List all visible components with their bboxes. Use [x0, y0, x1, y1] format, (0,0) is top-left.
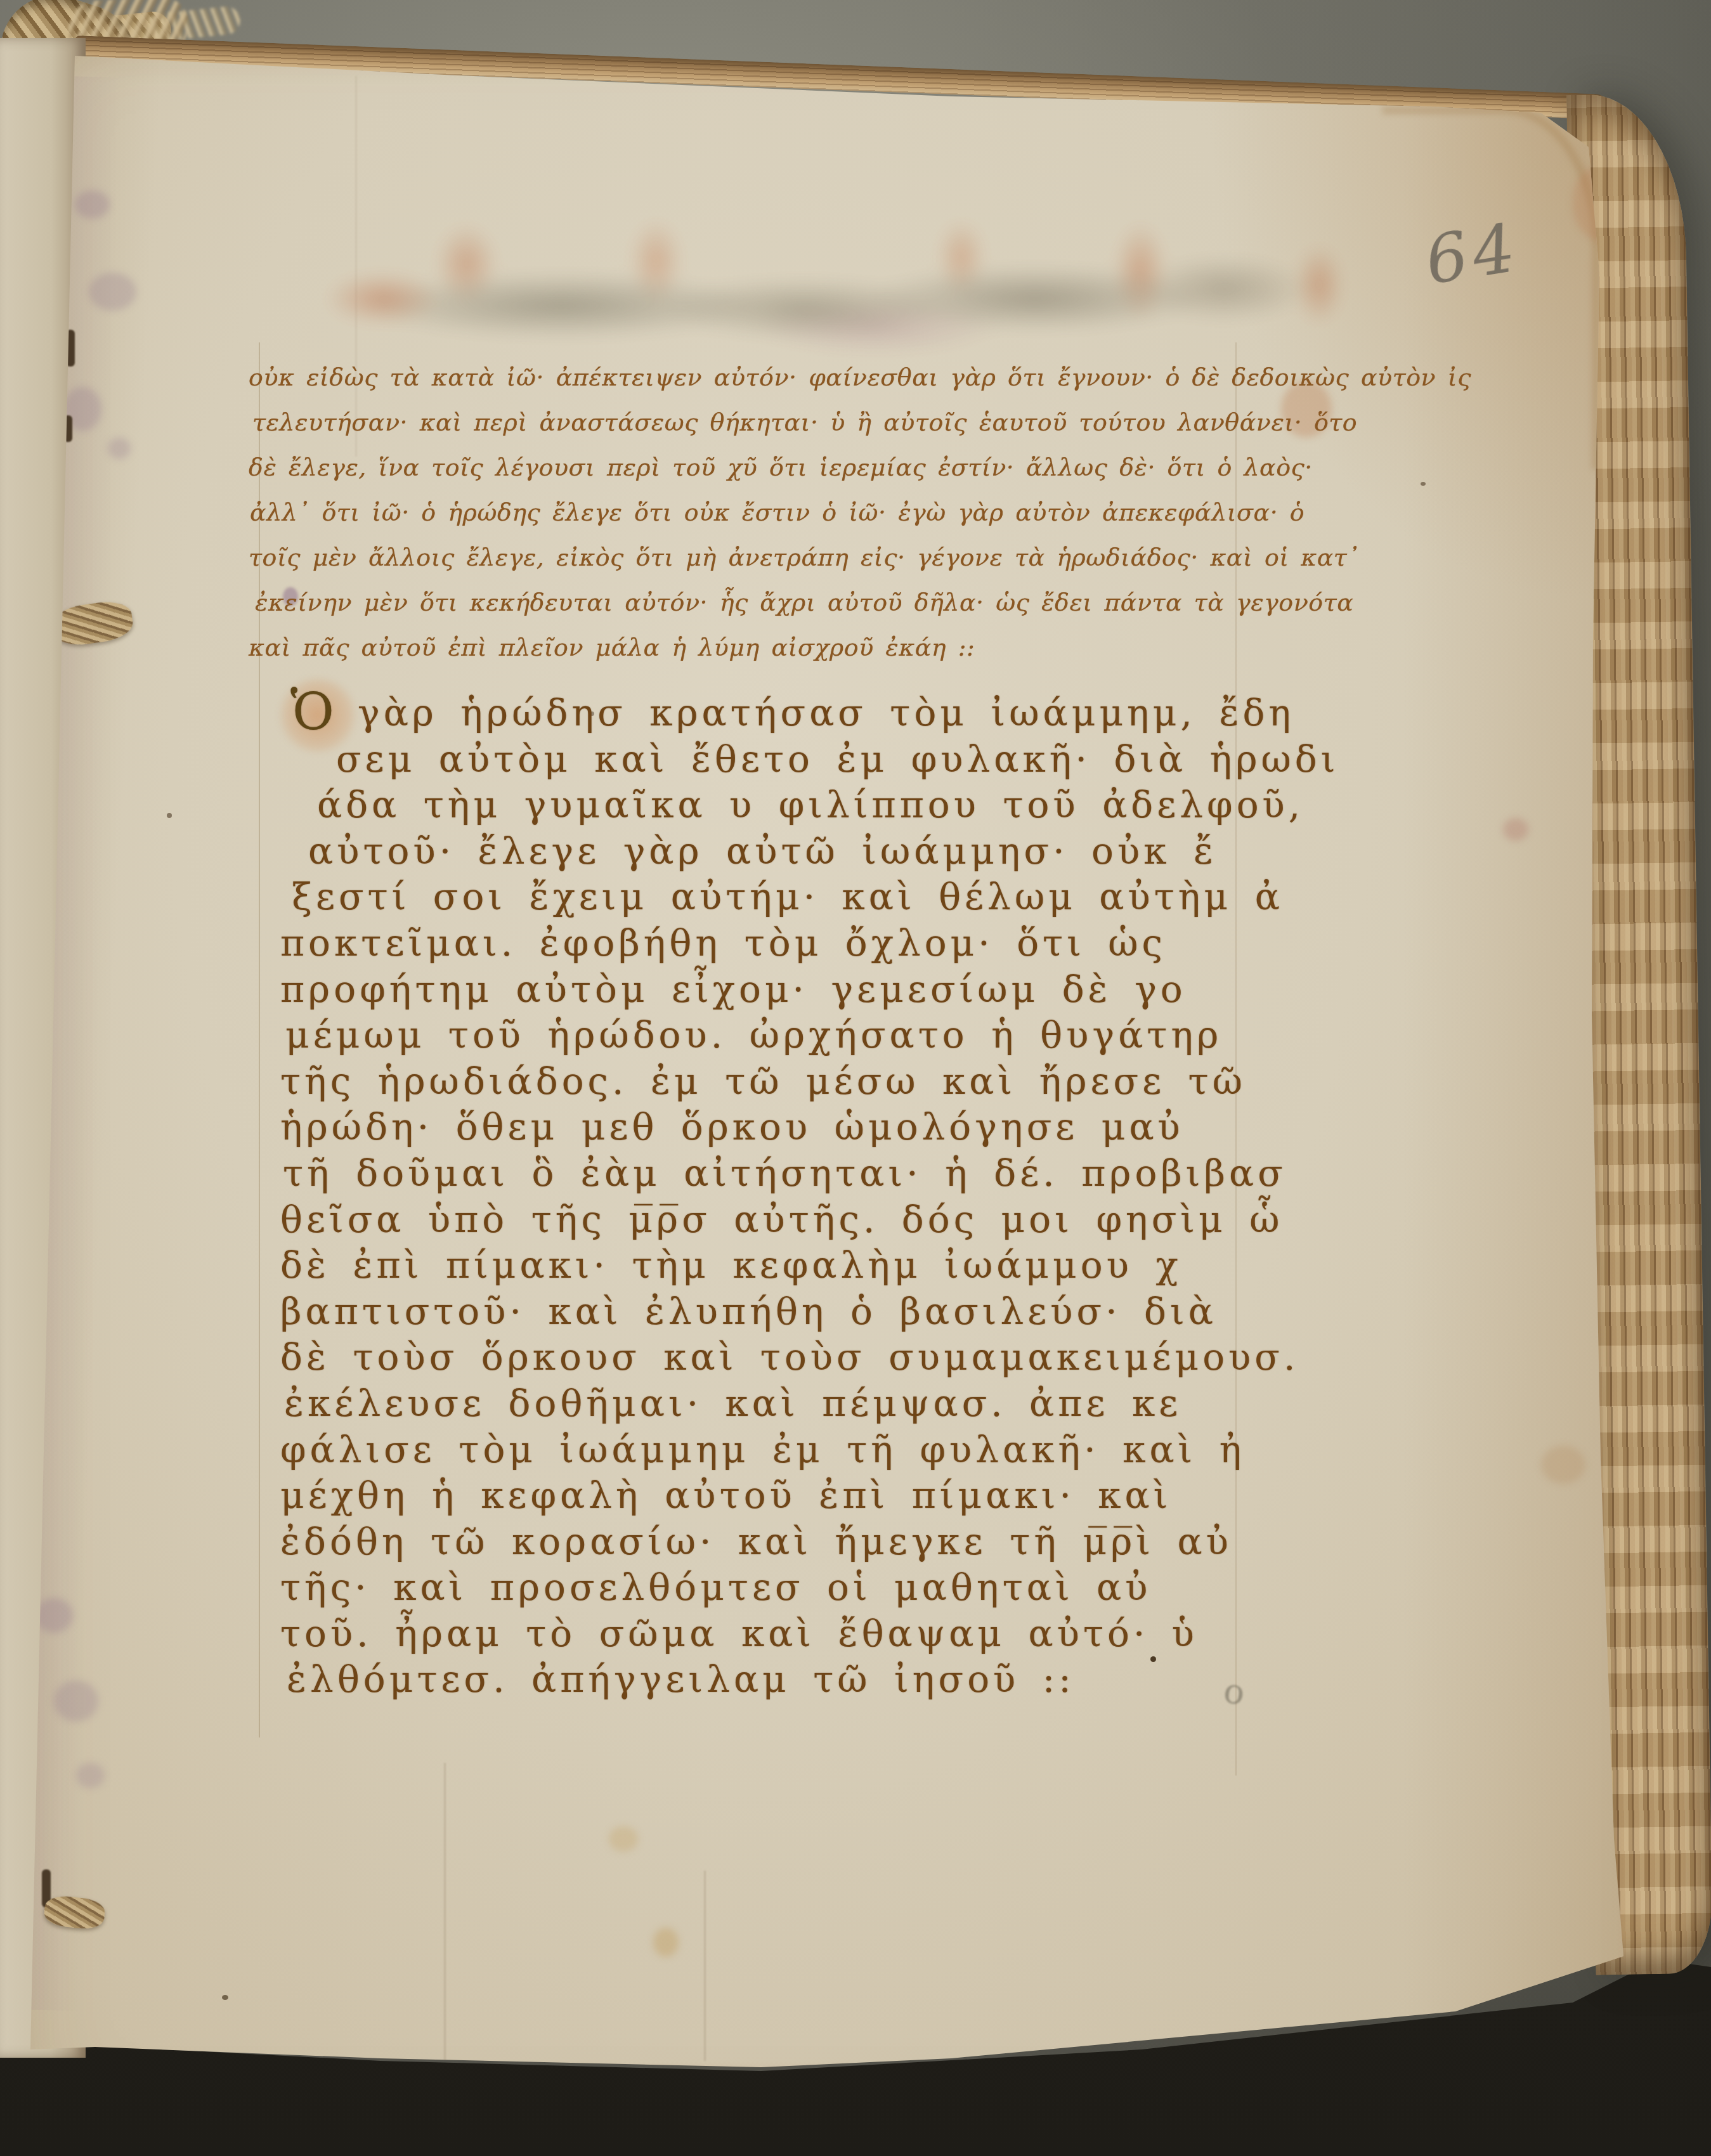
commentary-line: δὲ ἔλεγε, ἵνα τοῖς λέγουσι περὶ τοῦ χῦ ὅ… — [249, 445, 1339, 490]
stain — [653, 1928, 679, 1957]
gospel-line: δὲ τοὺσ ὅρκουσ καὶ τοὺσ συμαμακειμέμουσ. — [280, 1334, 1289, 1380]
gospel-line: σεμ αὐτὸμ καὶ ἔθετο ἐμ φυλακῆ· διὰ ἡρωδι — [280, 736, 1289, 783]
gospel-line: προφήτημ αὐτὸμ εἶχομ· γεμεσίωμ δὲ γο — [280, 966, 1289, 1013]
manuscript-page: οὐκ εἰδὼς τὰ κατὰ ἰῶ· ἀπέκτειψεν αὐτόν· … — [0, 0, 1711, 2156]
commentary-line: οὐκ εἰδὼς τὰ κατὰ ἰῶ· ἀπέκτειψεν αὐτόν· … — [249, 355, 1339, 400]
stain — [89, 273, 136, 311]
stain — [54, 1680, 98, 1722]
stain — [76, 1763, 105, 1788]
gospel-line: βαπτιστοῦ· καὶ ἐλυπήθη ὁ βασιλεύσ· διὰ — [280, 1289, 1289, 1335]
gospel-line: τῆ δοῦμαι ὃ ἐὰμ αἰτήσηται· ἡ δέ. προβιβα… — [280, 1150, 1289, 1197]
commentary-line: τελευτήσαν· καὶ περὶ ἀναστάσεως θήκηται·… — [249, 400, 1339, 445]
commentary-line: ἀλλ᾽ ὅτι ἰῶ· ὁ ἡρώδης ἔλεγε ὅτι οὐκ ἔστι… — [249, 490, 1339, 535]
ink-speck — [222, 1995, 228, 2000]
gospel-line: δὲ ἐπὶ πίμακι· τὴμ κεφαλὴμ ἰωάμμου χ — [280, 1242, 1289, 1289]
gospel-line: γὰρ ἡρώδησ κρατήσασ τὸμ ἰωάμμημ, ἔδη — [280, 690, 1289, 736]
gospel-line: ποκτεῖμαι. ἐφοβήθη τὸμ ὄχλομ· ὅτι ὡς — [280, 920, 1289, 966]
bleed-through-smudge — [298, 222, 1351, 361]
stain — [75, 190, 110, 219]
stain — [1541, 1446, 1585, 1484]
gospel-line: φάλισε τὸμ ἰωάμμημ ἐμ τῆ φυλακῆ· καὶ ἠ — [280, 1427, 1289, 1473]
page-crease — [444, 1763, 446, 2061]
gospel-line: ἐλθόμτεσ. ἀπήγγειλαμ τῶ ἰησοῦ :: — [280, 1656, 1289, 1703]
stain — [35, 1598, 73, 1633]
commentary-block: οὐκ εἰδὼς τὰ κατὰ ἰῶ· ἀπέκτειψεν αὐτόν· … — [249, 355, 1339, 670]
stain — [108, 438, 131, 459]
folio-number: 64 — [1420, 209, 1525, 300]
stain — [1503, 818, 1528, 841]
gospel-line: άδα τὴμ γυμαῖκα υ φιλίππου τοῦ ἀδελφοῦ, — [280, 782, 1289, 828]
gospel-line: τῆς· καὶ προσελθόμτεσ οἱ μαθηταὶ αὐ — [280, 1564, 1289, 1611]
ink-speck — [1421, 482, 1426, 486]
manuscript-photo: οὐκ εἰδὼς τὰ κατὰ ἰῶ· ἀπέκτειψεν αὐτόν· … — [0, 0, 1711, 2156]
gospel-line: αὐτοῦ· ἔλεγε γὰρ αὐτῶ ἰωάμμησ· οὐκ ἔ — [280, 828, 1289, 874]
gospel-line: μέχθη ἡ κεφαλὴ αὐτοῦ ἐπὶ πίμακι· καὶ — [280, 1472, 1289, 1519]
gospel-line: μέμωμ τοῦ ἡρώδου. ὠρχήσατο ἡ θυγάτηρ — [280, 1012, 1289, 1058]
gospel-line: ἐκέλευσε δοθῆμαι· καὶ πέμψασ. ἀπε κε — [280, 1380, 1289, 1427]
commentary-line: ἐκείνην μὲν ὅτι κεκήδευται αὐτόν· ἧς ἄχρ… — [249, 580, 1339, 625]
gospel-line: ἡρώδη· ὅθεμ μεθ ὅρκου ὡμολόγησε μαὐ — [280, 1104, 1289, 1150]
page-crease — [704, 1871, 706, 2061]
gospel-line: τοῦ. ἦραμ τὸ σῶμα καὶ ἔθαψαμ αὐτό· ὑ — [280, 1611, 1289, 1657]
gospel-text-block: γὰρ ἡρώδησ κρατήσασ τὸμ ἰωάμμημ, ἔδησεμ … — [280, 690, 1289, 1703]
commentary-line: καὶ πᾶς αὐτοῦ ἐπὶ πλεῖον μάλα ἡ λύμη αἰσ… — [249, 625, 1339, 670]
gospel-line: τῆς ἡρωδιάδος. ἐμ τῶ μέσω καὶ ἤρεσε τῶ — [280, 1058, 1289, 1105]
gospel-line: ξεστί σοι ἔχειμ αὐτήμ· καὶ θέλωμ αὐτὴμ ἀ — [280, 874, 1289, 920]
gospel-line: ἐδόθη τῶ κορασίω· καὶ ἤμεγκε τῆ μ̅ρ̅ὶ αὐ — [280, 1519, 1289, 1565]
commentary-line: τοῖς μὲν ἄλλοις ἔλεγε, εἰκὸς ὅτι μὴ ἀνετ… — [249, 535, 1339, 580]
gospel-line: θεῖσα ὑπὸ τῆς μ̅ρ̅σ αὐτῆς. δός μοι φησὶμ… — [280, 1197, 1289, 1243]
stain — [609, 1826, 638, 1852]
ink-speck — [167, 813, 172, 818]
